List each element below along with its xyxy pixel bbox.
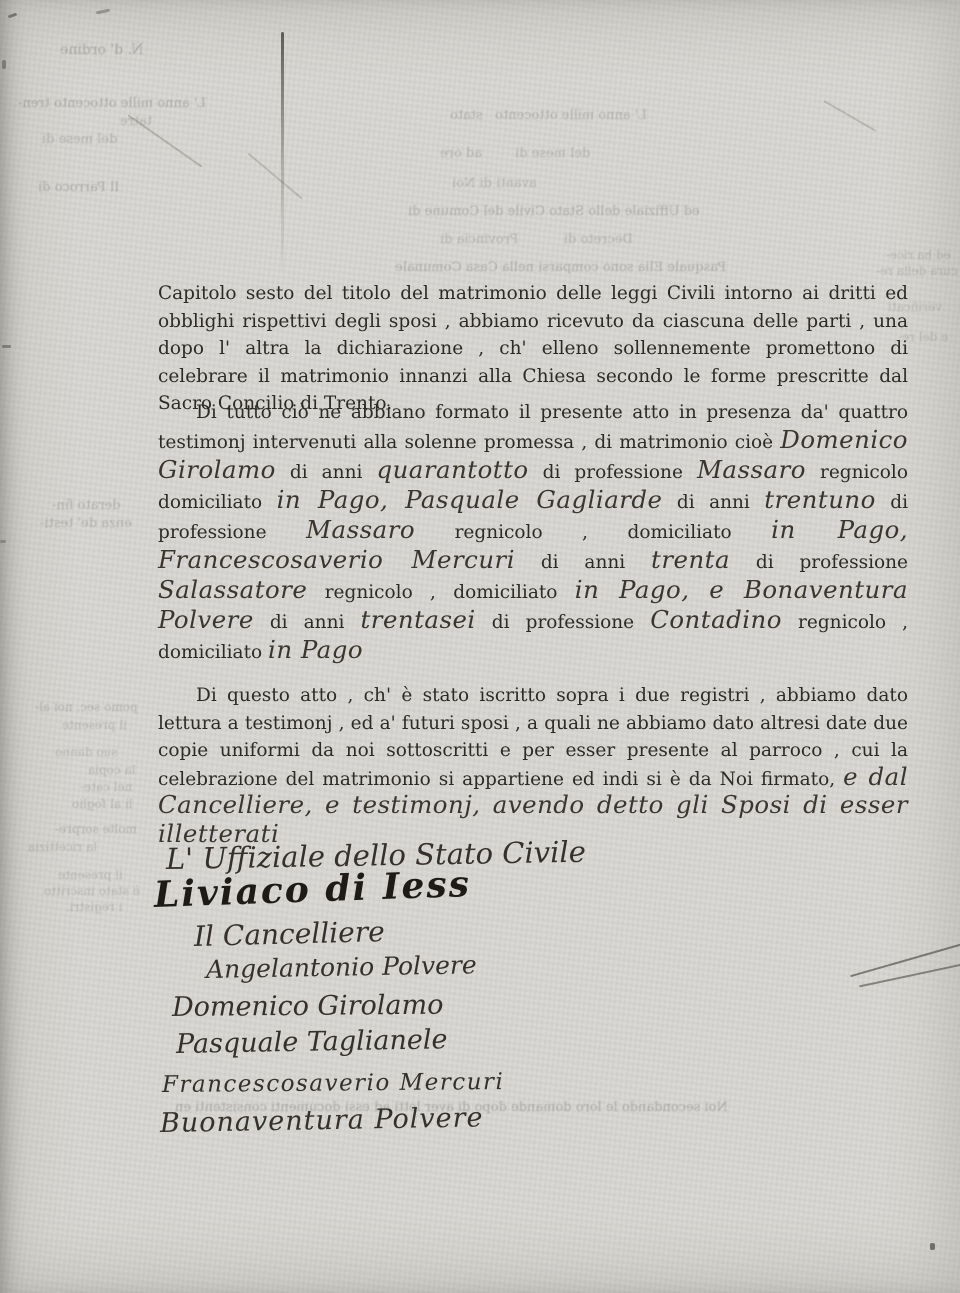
printed-text: Capitolo sesto del titolo del matrimonio… [158, 283, 908, 414]
handwritten-entry: Massaro [306, 515, 415, 544]
handwritten-entry: Massaro [697, 455, 806, 484]
printed-text: di anni [276, 462, 377, 483]
printed-text: di professione [476, 612, 650, 633]
handwritten-entry: in Pago [268, 635, 363, 664]
printed-text: regnicolo , domiciliato [307, 582, 574, 603]
printed-text: regnicolo , domiciliato [415, 522, 771, 543]
chancellor-signature: Angelantonio Polvere [206, 945, 800, 984]
printed-text: di anni [515, 552, 651, 573]
handwritten-entry: trenta [651, 545, 730, 574]
witness-signature-pasquale-taglianele: Pasquale Taglianele [176, 1018, 800, 1060]
printed-text: di anni [663, 492, 765, 513]
handwritten-entry: trentuno [764, 485, 876, 514]
printed-text: di professione [730, 552, 908, 573]
witness-signature-francescosaverio-mercuri: Francescosaverio Mercuri [162, 1066, 800, 1098]
printed-text: di anni [254, 612, 361, 633]
handwritten-entry: Salassatore [158, 575, 307, 604]
printed-text: di professione [529, 462, 697, 483]
handwritten-entry: trentasei [360, 605, 475, 634]
handwritten-entry: in Pago, Pasquale Gagliarde [277, 485, 663, 514]
paragraph-witnesses-declaration: Di tutto ciò ne abbiano formato il prese… [158, 398, 908, 668]
scanned-document-page: N. d' ordineL' anno mille ottocento tren… [0, 0, 960, 1293]
witness-signature-domenico-girolamo: Domenico Girolamo [172, 987, 800, 1023]
witness-signature-buonaventura-polvere: Buonaventura Polvere [160, 1097, 800, 1139]
handwritten-entry: quarantotto [376, 455, 528, 484]
handwritten-entry: Contadino [650, 605, 782, 634]
paragraph-civil-code-extract: Capitolo sesto del titolo del matrimonio… [158, 280, 908, 418]
signature-block: L' Uffiziale dello Stato CivileLiviaco d… [160, 842, 800, 1139]
paragraph-act-reading-closing: Di questo atto , ch' è stato iscritto so… [158, 682, 908, 850]
printed-text: Di questo atto , ch' è stato iscritto so… [158, 685, 908, 790]
